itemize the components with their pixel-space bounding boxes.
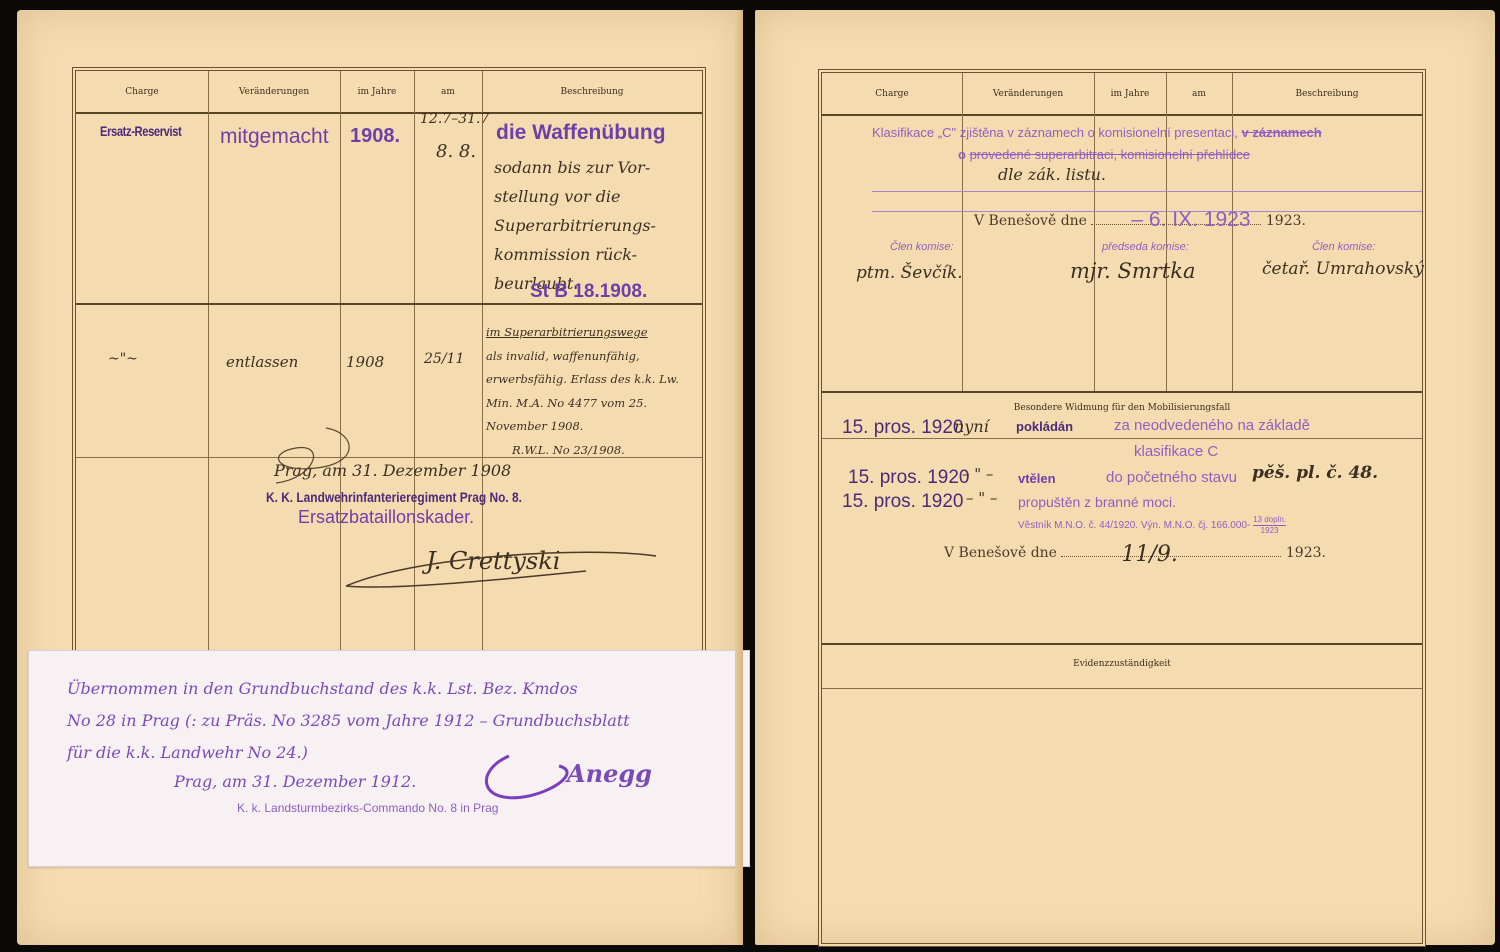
- mob-row1-hand: nyní: [954, 417, 989, 436]
- mob-row1-date: 15. pros. 1920: [842, 417, 963, 439]
- classification-date-stamp: – 6. IX. 1923: [1131, 208, 1250, 232]
- chair-signature: mjr. Smrtka: [1070, 259, 1196, 283]
- left-page: Charge Veränderungen im Jahre am Beschre…: [17, 10, 740, 945]
- row1-dates-top: 12.7–31.7: [420, 111, 489, 127]
- header-im-jahre: im Jahre: [340, 71, 414, 112]
- mob-row3-date: 15. pros. 1920: [848, 467, 969, 489]
- header-charge: Charge: [76, 71, 208, 112]
- member-right-signature: četař. Umrahovský: [1262, 259, 1424, 279]
- header-am: am: [1166, 73, 1232, 114]
- row1-description-hand: sodann bis zur Vor- stellung vor die Sup…: [494, 153, 656, 298]
- classification-handwritten: dle zák. listu.: [998, 165, 1106, 184]
- mob-row4-verb-text: propuštěn z branné moci.: [1018, 494, 1176, 510]
- header-am: am: [414, 71, 482, 112]
- row2-charge-ditto: ~"~: [108, 351, 138, 367]
- right-page: Charge Veränderungen im Jahre am Beschre…: [755, 10, 1495, 945]
- mob-row1-verb: pokládán: [1016, 419, 1073, 434]
- member-right-label: Člen komise:: [1312, 241, 1376, 253]
- header-im-jahre: im Jahre: [1094, 73, 1166, 114]
- left-table-header: Charge Veränderungen im Jahre am Beschre…: [76, 71, 702, 114]
- initial-flourish: [256, 423, 366, 493]
- row2-description-hand: im Superarbitrierungswege als invalid, w…: [486, 321, 679, 462]
- member-left-signature: ptm. Ševčík.: [856, 263, 963, 283]
- header-charge: Charge: [822, 73, 962, 114]
- note-signature-flourish: [469, 751, 589, 811]
- right-table-header: Charge Veränderungen im Jahre am Beschre…: [822, 73, 1422, 116]
- book-gutter: [735, 10, 743, 945]
- row1-year: 1908.: [350, 125, 400, 148]
- row1-charge-stamp: Ersatz-Reservist: [100, 123, 181, 139]
- mob-row3-unit: pěš. pl. č. 48.: [1252, 463, 1378, 483]
- row2-change: entlassen: [226, 353, 298, 371]
- header-veraenderungen: Veränderungen: [208, 71, 340, 112]
- header-beschreibung: Beschreibung: [482, 71, 702, 112]
- classification-date-line: V Benešově dne – 6. IX. 1923 1923.: [974, 213, 1306, 229]
- row1-change-stamp: mitgemacht: [220, 125, 329, 149]
- evidence-heading: Evidenzzuständigkeit: [822, 659, 1422, 669]
- signature-flourish: [336, 546, 666, 596]
- mobilization-heading: Besondere Widmung für den Mobilisierungs…: [822, 403, 1422, 413]
- pasted-transfer-note: Übernommen in den Grundbuchstand des k.k…: [28, 650, 750, 867]
- mob-row3-text: do početného stavu: [1106, 469, 1237, 486]
- mob-date-line: V Benešově dne 11/9. 1923.: [944, 545, 1326, 561]
- row2-year: 1908: [346, 353, 384, 371]
- row1-dates-bottom: 8. 8.: [436, 141, 476, 162]
- mob-row3-hand: – " –: [962, 465, 993, 483]
- header-veraenderungen: Veränderungen: [962, 73, 1094, 114]
- battalion-stamp: Ersatzbataillonskader.: [298, 507, 474, 528]
- note-place-date: Prag, am 31. Dezember 1912.: [174, 772, 416, 791]
- row1-reference-stamp: St B 18.1908.: [530, 281, 647, 303]
- classification-line2: o provedené superarbitraci, komisionelní…: [958, 147, 1250, 162]
- chair-label: předseda komise:: [1102, 241, 1189, 253]
- right-record-table: Charge Veränderungen im Jahre am Beschre…: [821, 72, 1423, 944]
- mob-row4-hand: – " –: [966, 489, 997, 507]
- mob-row4-date: 15. pros. 1920: [842, 491, 963, 513]
- mob-row1-text: za neodvedeného na základě: [1114, 417, 1310, 434]
- classification-line1: Klasifikace „C" zjištěna v záznamech o k…: [872, 125, 1322, 140]
- mob-reference: Věstník M.N.O. č. 44/1920. Výn. M.N.O. č…: [1018, 515, 1286, 536]
- header-beschreibung: Beschreibung: [1232, 73, 1422, 114]
- row2-date: 25/11: [424, 351, 464, 367]
- mob-row2-text: klasifikace C: [1134, 443, 1218, 460]
- member-left-label: Člen komise:: [890, 241, 954, 253]
- mob-date-hand: 11/9.: [1121, 542, 1177, 567]
- landsturm-stamp: K. k. Landsturmbezirks-Commando No. 8 in…: [237, 801, 498, 815]
- row1-description-stamp: die Waffenübung: [496, 121, 666, 145]
- mob-row3-verb: vtělen: [1018, 471, 1056, 486]
